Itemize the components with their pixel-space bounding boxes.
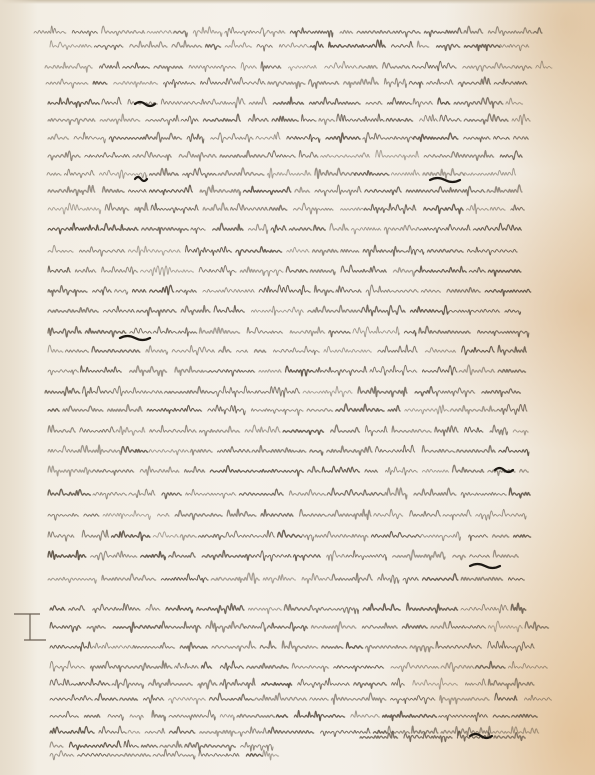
paragraph-initial-mark (0, 0, 595, 775)
manuscript-page (0, 0, 595, 775)
